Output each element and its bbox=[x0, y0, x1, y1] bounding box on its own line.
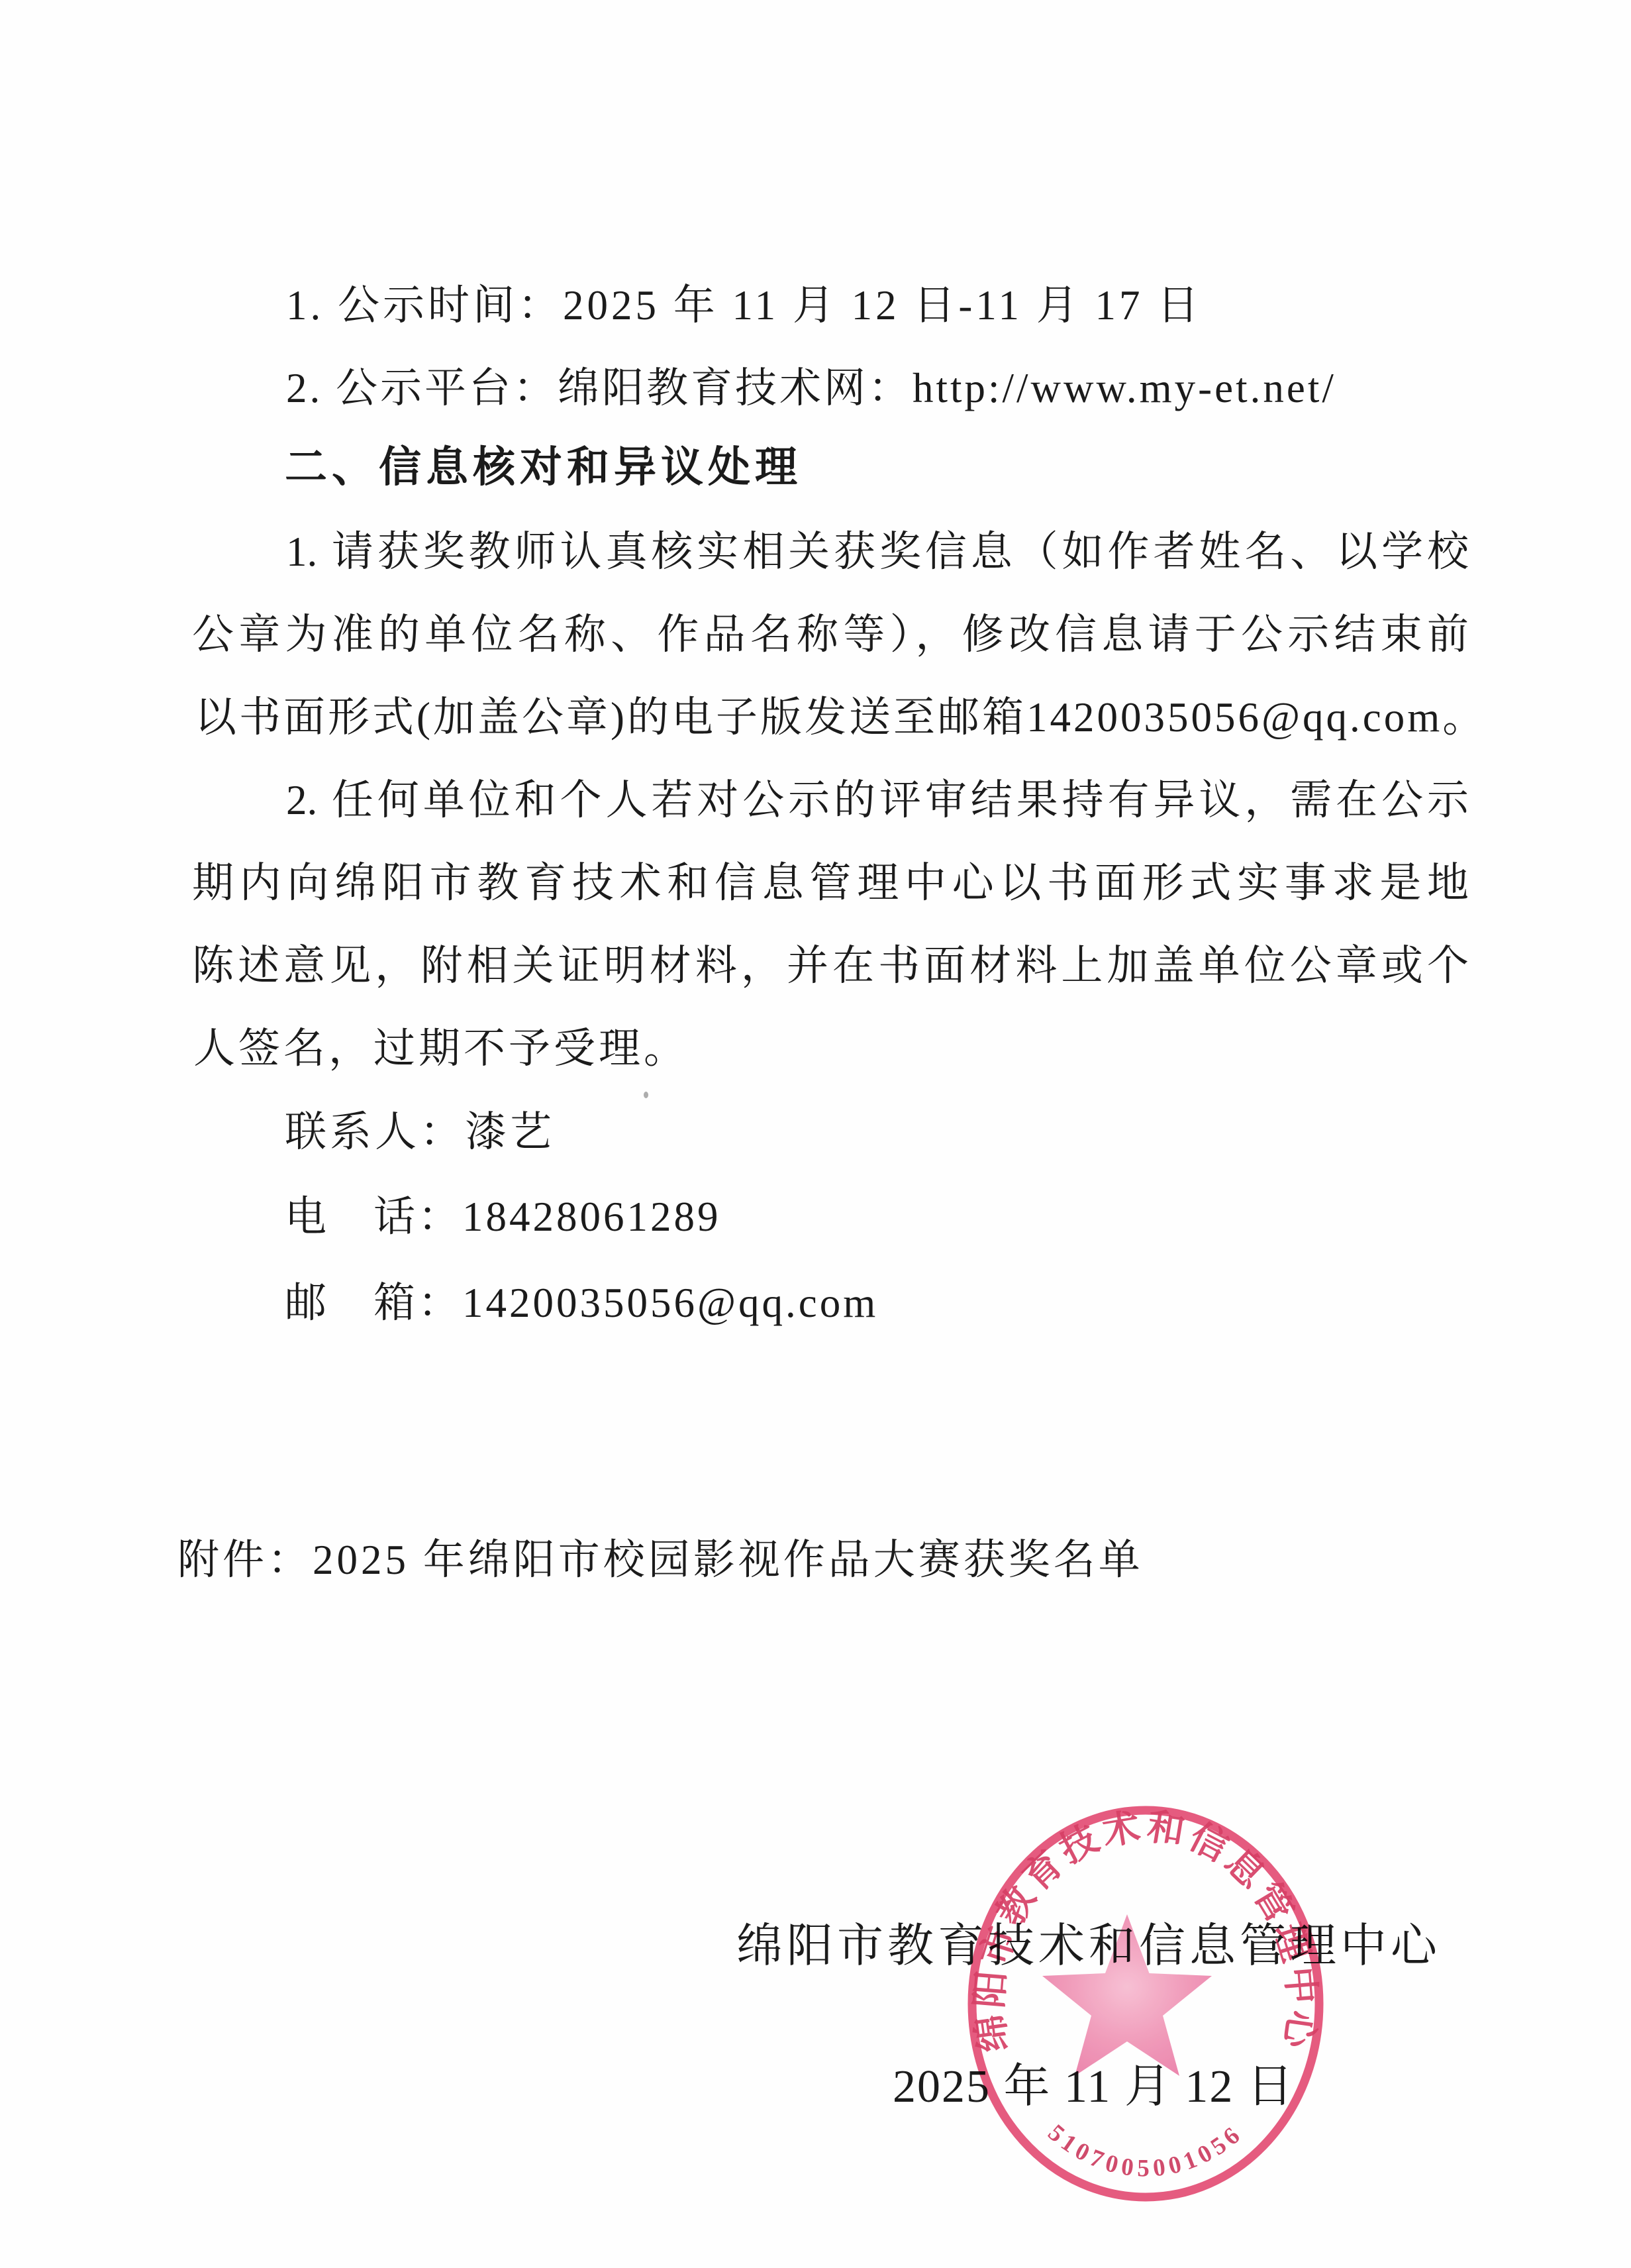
seal-number-container: 5107005001056 bbox=[1043, 2119, 1249, 2182]
para2-line1: 2. 任何单位和个人若对公示的评审结果持有异议，需在公示 bbox=[286, 776, 1469, 825]
section-heading: 二、信息核对和异议处理 bbox=[285, 442, 802, 493]
para1-line3: 以书面形式(加盖公章)的电子版发送至邮箱1420035056@qq.com。 bbox=[195, 693, 1487, 742]
publicity-time-line: 1. 公示时间：2025 年 11 月 12 日-11 月 17 日 bbox=[286, 281, 1202, 330]
scan-artifact-dot bbox=[644, 1092, 648, 1098]
seal-star bbox=[1042, 1914, 1212, 2076]
document-page: 1. 公示时间：2025 年 11 月 12 日-11 月 17 日 2. 公示… bbox=[0, 0, 1631, 2268]
attachment-line: 附件：2025 年绵阳市校园影视作品大赛获奖名单 bbox=[177, 1535, 1144, 1584]
publicity-platform-line: 2. 公示平台：绵阳教育技术网：http://www.my-et.net/ bbox=[286, 364, 1336, 413]
contact-email-line: 邮 箱：1420035056@qq.com bbox=[285, 1278, 878, 1327]
seal-number-text: 5107005001056 bbox=[1043, 2119, 1249, 2182]
para2-line3: 陈述意见，附相关证明材料，并在书面材料上加盖单位公章或个 bbox=[192, 941, 1469, 990]
para2-line4: 人签名，过期不予受理。 bbox=[193, 1024, 689, 1073]
para2-line2: 期内向绵阳市教育技术和信息管理中心以书面形式实事求是地 bbox=[192, 858, 1469, 907]
para1-line2: 公章为准的单位名称、作品名称等），修改信息请于公示结束前 bbox=[192, 610, 1469, 659]
official-seal: 绵阳市教育技术和信息管理中心 5107005001056 bbox=[947, 1788, 1344, 2219]
contact-name-line: 联系人：漆艺 bbox=[285, 1108, 555, 1157]
contact-phone-line: 电 话：18428061289 bbox=[285, 1192, 721, 1241]
para1-line1: 1. 请获奖教师认真核实相关获奖信息（如作者姓名、以学校 bbox=[286, 527, 1469, 576]
